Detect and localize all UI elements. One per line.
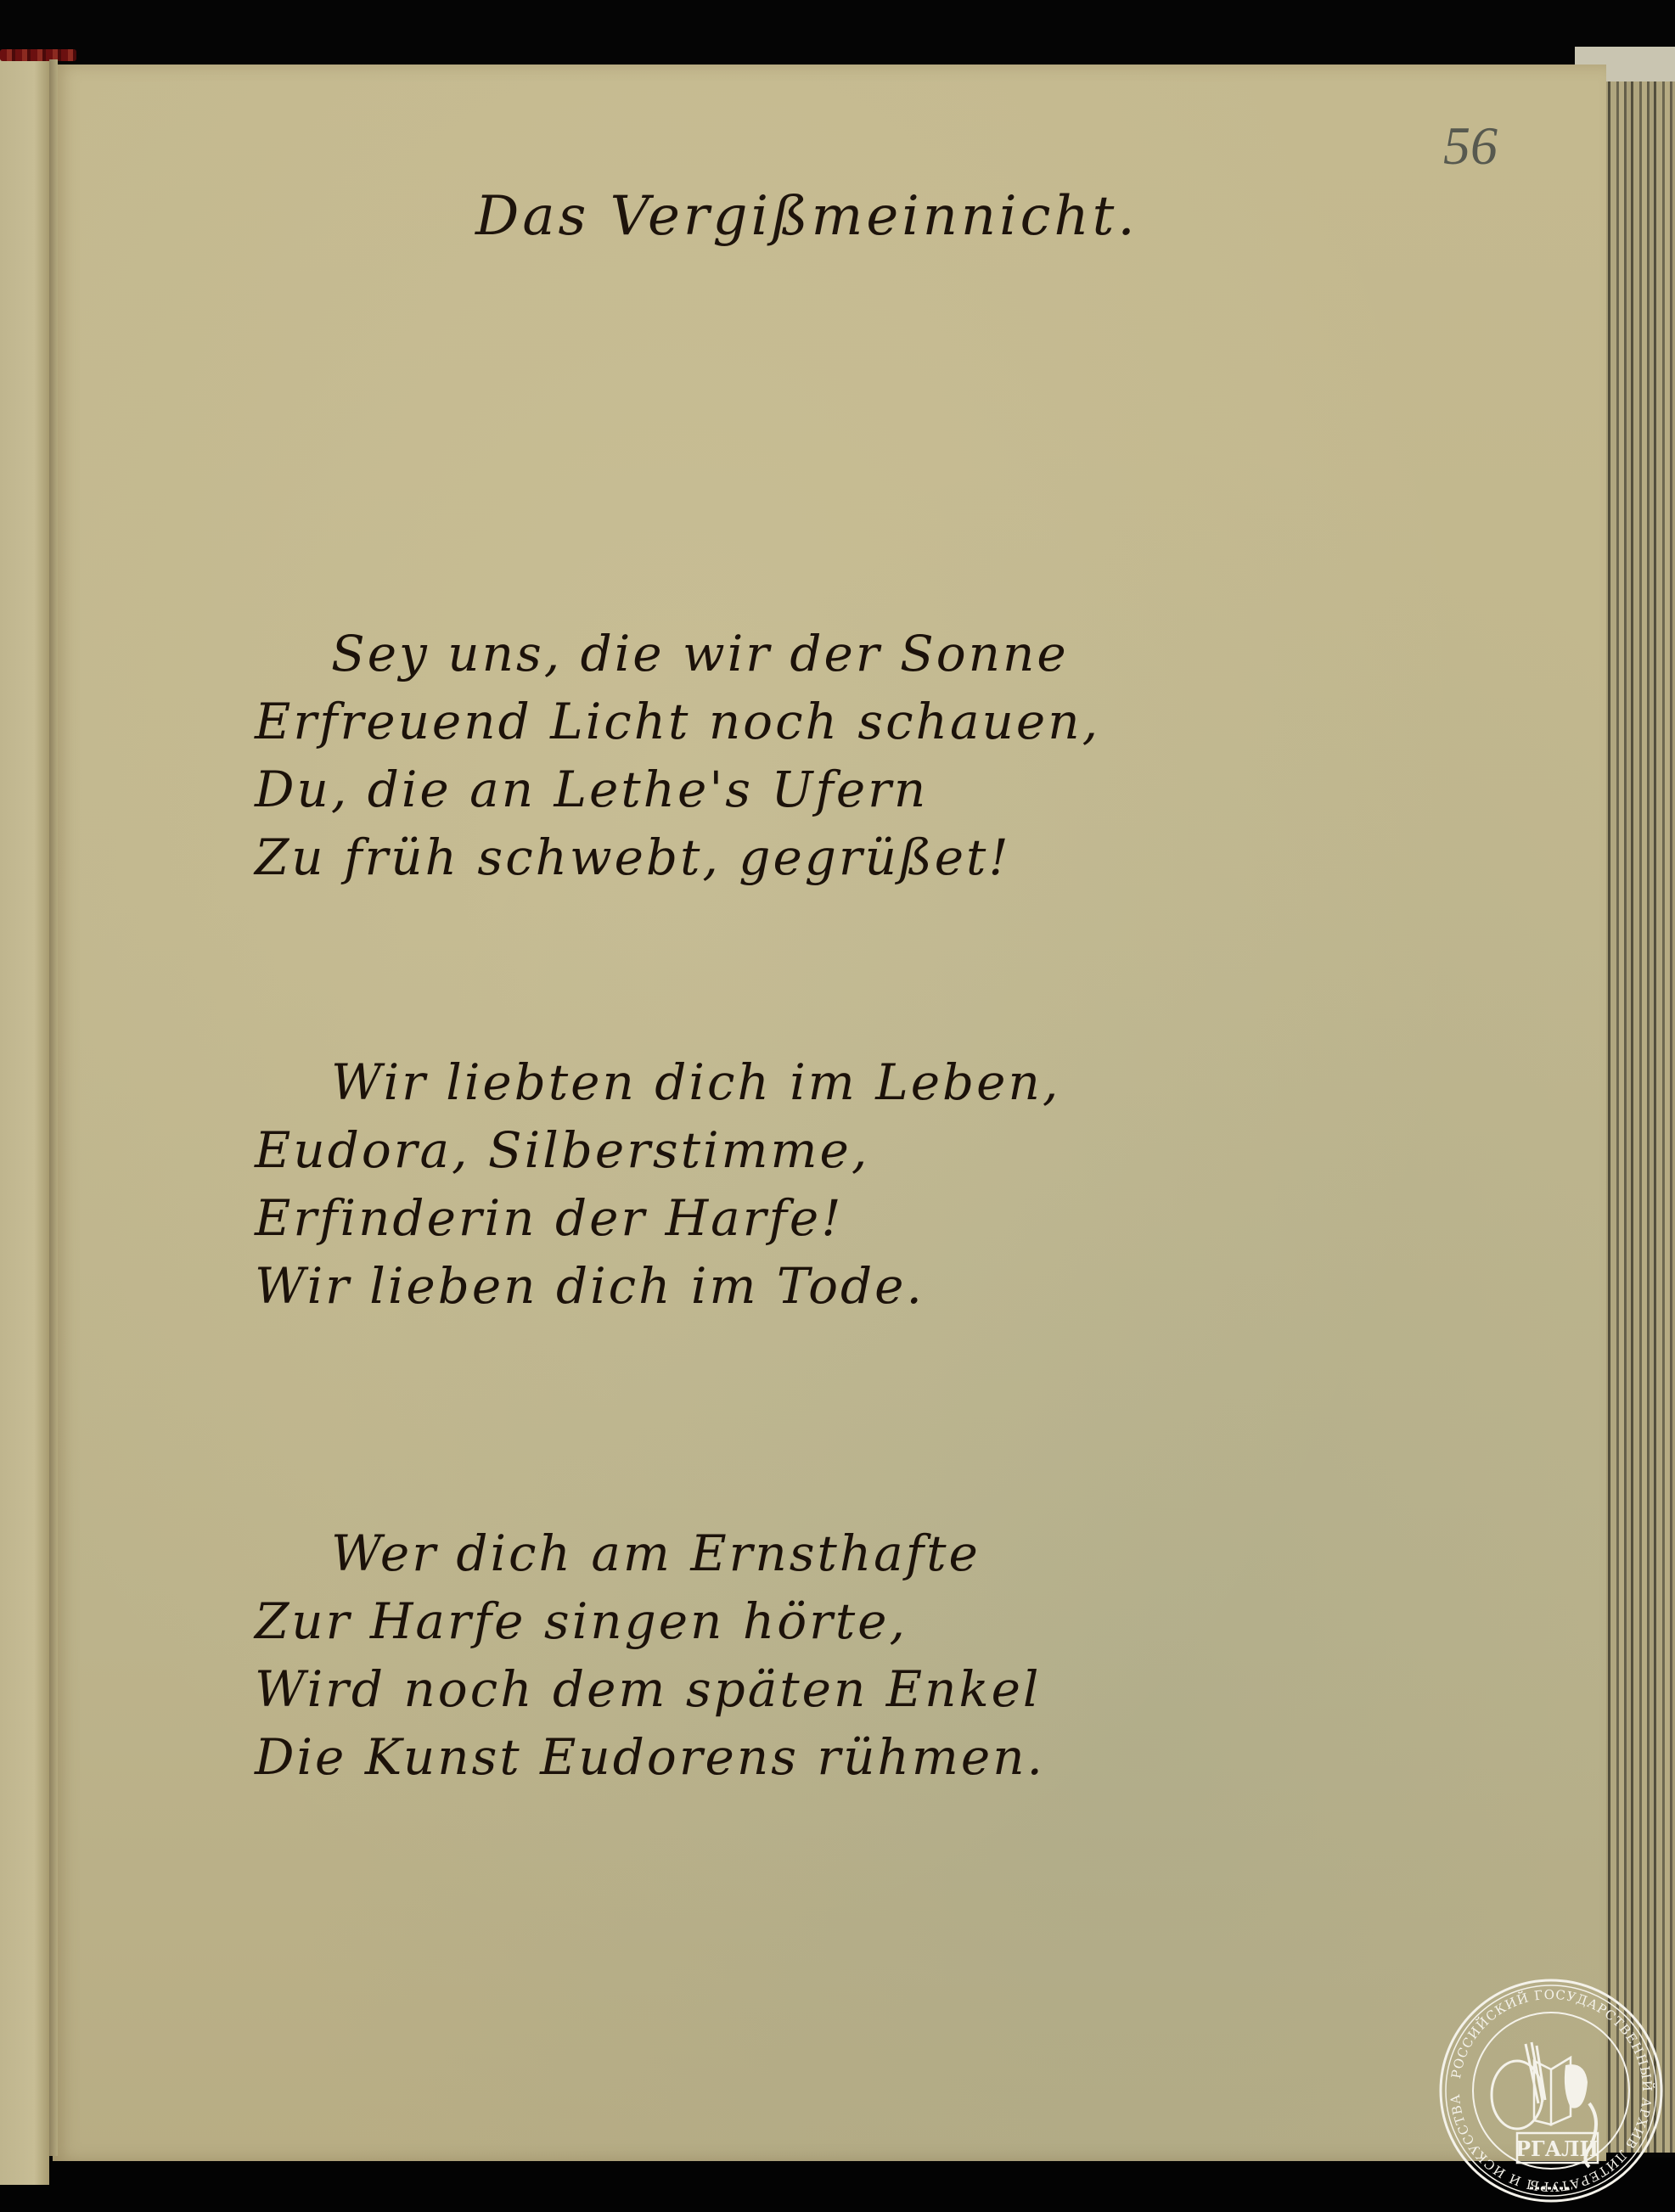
svg-text:РГАЛИ: РГАЛИ bbox=[1515, 2136, 1599, 2161]
book-gutter bbox=[49, 59, 58, 2156]
binding-thread bbox=[0, 49, 76, 61]
verse-line: Wird noch dem späten Enkel bbox=[255, 1655, 1045, 1723]
verse-line: Zur Harfe singen hörte, bbox=[255, 1587, 1045, 1655]
verse-line: Die Kunst Eudorens rühmen. bbox=[255, 1723, 1045, 1791]
poem-title: Das Vergißmeinnicht. bbox=[475, 185, 1138, 248]
verse-line: Wer dich am Ernsthafte bbox=[255, 1519, 1045, 1587]
stanza-1: Sey uns, die wir der Sonne Erfreuend Lic… bbox=[255, 620, 1100, 891]
verse-line: Sey uns, die wir der Sonne bbox=[255, 620, 1100, 688]
scan-background bbox=[0, 2158, 1675, 2212]
verse-line: Erfinderin der Harfe! bbox=[255, 1184, 1060, 1252]
left-page-edge bbox=[0, 54, 49, 2185]
verse-line: Wir lieben dich im Tode. bbox=[255, 1252, 1060, 1320]
verse-line: Du, die an Lethe's Ufern bbox=[255, 755, 1100, 823]
verse-line: Zu früh schwebt, gegrüßet! bbox=[255, 823, 1100, 891]
verse-line: Erfreuend Licht noch schauen, bbox=[255, 688, 1100, 755]
stanza-2: Wir liebten dich im Leben, Eudora, Silbe… bbox=[255, 1048, 1060, 1320]
stanza-3: Wer dich am Ernsthafte Zur Harfe singen … bbox=[255, 1519, 1045, 1791]
verse-line: Eudora, Silberstimme, bbox=[255, 1116, 1060, 1184]
folio-number: 56 bbox=[1443, 115, 1498, 177]
manuscript-scan: 56 Das Vergißmeinnicht. Sey uns, die wir… bbox=[0, 0, 1675, 2212]
verse-line: Wir liebten dich im Leben, bbox=[255, 1048, 1060, 1116]
page-edges-stack bbox=[1596, 81, 1675, 2153]
archive-stamp-icon: РОССИЙСКИЙ ГОСУДАРСТВЕННЫЙ АРХИВ ЛИТЕРАТ… bbox=[1436, 1976, 1666, 2205]
